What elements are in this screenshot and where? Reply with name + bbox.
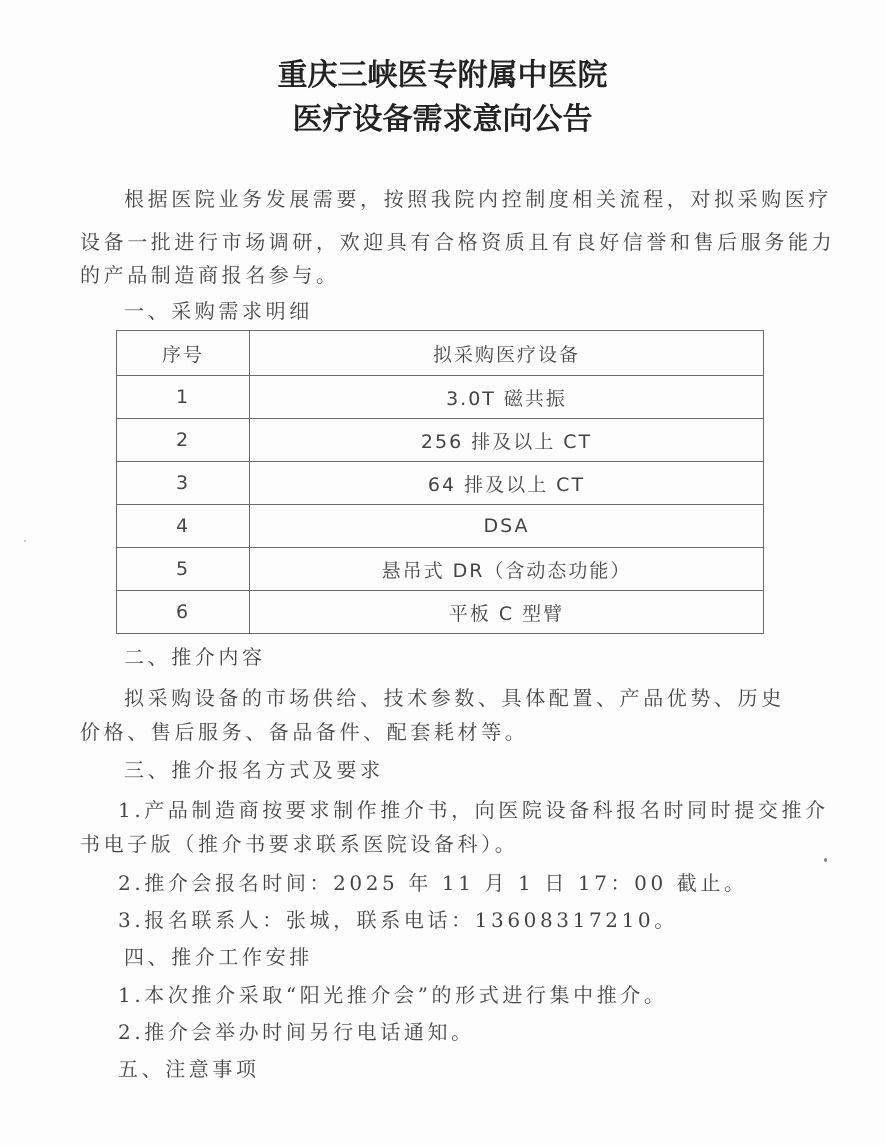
table-row: 1 3.0T 磁共振 [117,376,764,419]
table-row: 6 平板 C 型臂 [117,591,764,634]
section4-item-1: 1.本次推介采取“阳光推介会”的形式进行集中推介。 [118,982,668,1008]
row-equipment: DSA [250,505,764,548]
scanned-document-page: 重庆三峡医专附属中医院 医疗设备需求意向公告 根据医院业务发展需要，按照我院内控… [0,0,885,1145]
section3-heading: 三、推介报名方式及要求 [124,757,384,783]
section2-heading: 二、推介内容 [124,644,266,670]
procurement-table: 序号 拟采购医疗设备 1 3.0T 磁共振 2 256 排及以上 CT 3 64… [116,330,764,634]
column-header-equipment: 拟采购医疗设备 [250,331,764,376]
document-title-notice: 医疗设备需求意向公告 [0,94,885,138]
row-index: 2 [117,419,250,462]
intro-line-2: 设备一批进行市场调研，欢迎具有合格资质且有良好信誉和售后服务能力 [80,229,835,255]
table-row: 4 DSA [117,505,764,548]
section3-item-2: 2.推介会报名时间：2025 年 11 月 1 日 17：00 截止。 [118,870,748,896]
table-header-row: 序号 拟采购医疗设备 [117,331,764,376]
row-equipment: 256 排及以上 CT [250,419,764,462]
document-title-hospital: 重庆三峡医专附属中医院 [0,50,885,94]
row-index: 4 [117,505,250,548]
row-equipment: 3.0T 磁共振 [250,376,764,419]
table-row: 3 64 排及以上 CT [117,462,764,505]
section5-heading: 五、注意事项 [118,1056,260,1082]
scan-speck [824,858,827,862]
section2-body-line-2: 价格、售后服务、备品备件、配套耗材等。 [80,719,528,745]
scan-speck [24,540,26,542]
section1-heading: 一、采购需求明细 [124,298,313,324]
section3-item-3: 3.报名联系人：张城，联系电话：13608317210。 [118,907,678,933]
section3-item-1-cont: 书电子版（推介书要求联系医院设备科）。 [80,831,518,857]
section2-body-line-1: 拟采购设备的市场供给、技术参数、具体配置、产品优势、历史 [124,685,785,711]
table-row: 5 悬吊式 DR（含动态功能） [117,548,764,591]
row-index: 3 [117,462,250,505]
table-row: 2 256 排及以上 CT [117,419,764,462]
section4-heading: 四、推介工作安排 [124,944,313,970]
intro-line-3: 的产品制造商报名参与。 [80,262,340,288]
section4-item-2: 2.推介会举办时间另行电话通知。 [118,1019,475,1045]
row-equipment: 悬吊式 DR（含动态功能） [250,548,764,591]
row-equipment: 平板 C 型臂 [250,591,764,634]
row-equipment: 64 排及以上 CT [250,462,764,505]
section3-item-1: 1.产品制造商按要求制作推介书，向医院设备科报名时同时提交推介 [118,797,829,823]
row-index: 1 [117,376,250,419]
column-header-index: 序号 [117,331,250,376]
intro-line-1: 根据医院业务发展需要，按照我院内控制度相关流程，对拟采购医疗 [124,186,832,212]
row-index: 5 [117,548,250,591]
row-index: 6 [117,591,250,634]
